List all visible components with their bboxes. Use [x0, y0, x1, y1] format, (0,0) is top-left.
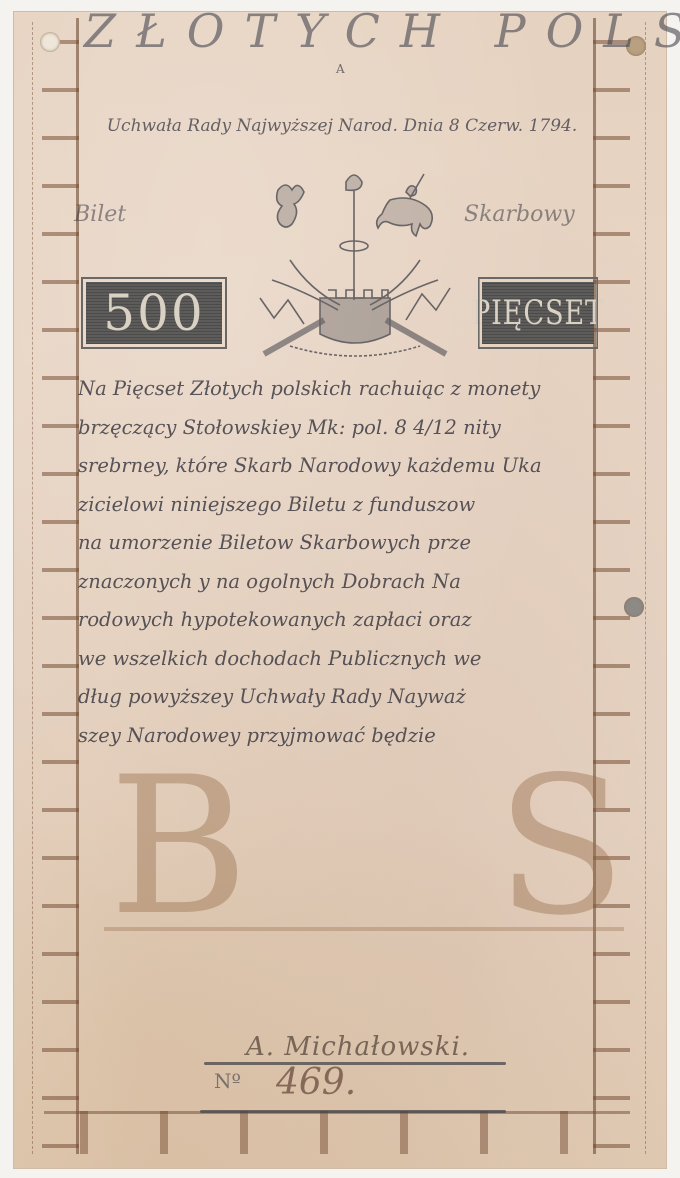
- denomination-number-box: 500: [86, 282, 222, 344]
- denomination-word-box: PIĘCSET: [482, 282, 594, 344]
- promissory-text: Na Pięcset Złotych polskich rachuiąc z m…: [78, 370, 618, 755]
- denomination-word: PIĘCSET: [472, 293, 604, 333]
- signature: A. Michałowski.: [246, 1032, 470, 1062]
- ornamental-border-bottom: [44, 1111, 630, 1154]
- text-line: we wszelkich dochodach Publicznych we: [78, 640, 618, 679]
- resolution-line: Uchwała Rady Najwyższej Narod. Dnia 8 Cz…: [62, 116, 622, 136]
- headline-script: ZŁOTYCH POLSKICH: [84, 4, 604, 58]
- coat-of-arms-icon: [250, 170, 460, 360]
- text-line: srebrney, które Skarb Narodowy każdemu U…: [78, 447, 618, 486]
- text-line: na umorzenie Biletow Skarbowych prze: [78, 524, 618, 563]
- pinhole-mid-right: [624, 597, 644, 617]
- series-letter: A: [336, 62, 345, 76]
- outer-border-left: [32, 22, 33, 1154]
- text-line: znaczonych y na ogolnych Dobrach Na: [78, 563, 618, 602]
- serial-label: Nº: [214, 1069, 241, 1093]
- serial-rule: [200, 1110, 506, 1113]
- text-line: zicielowi niniejszego Biletu z funduszow: [78, 486, 618, 525]
- banknote: ZŁOTYCH POLSKICH A Uchwała Rady Najwyższ…: [14, 12, 666, 1168]
- skarbowy-word: Skarbowy: [464, 202, 575, 227]
- text-line: Na Pięcset Złotych polskich rachuiąc z m…: [78, 370, 618, 409]
- watermark-letter-b: B: [109, 752, 249, 942]
- serial-number: 469.: [276, 1062, 356, 1103]
- text-line: dług powyższey Uchwały Rady Nayważ: [78, 678, 618, 717]
- denomination-number: 500: [103, 284, 204, 342]
- ornamental-border-left: [42, 18, 79, 1154]
- text-line: rodowych hypotekowanych zapłaci oraz: [78, 601, 618, 640]
- watermark-letter-s: S: [496, 752, 626, 942]
- watermark-line: [104, 927, 624, 931]
- outer-border-right: [645, 22, 646, 1154]
- pinhole-top-left: [40, 32, 60, 52]
- text-line: brzęczący Stołowskiey Mk: pol. 8 4/12 ni…: [78, 409, 618, 448]
- bilet-word: Bilet: [74, 202, 126, 227]
